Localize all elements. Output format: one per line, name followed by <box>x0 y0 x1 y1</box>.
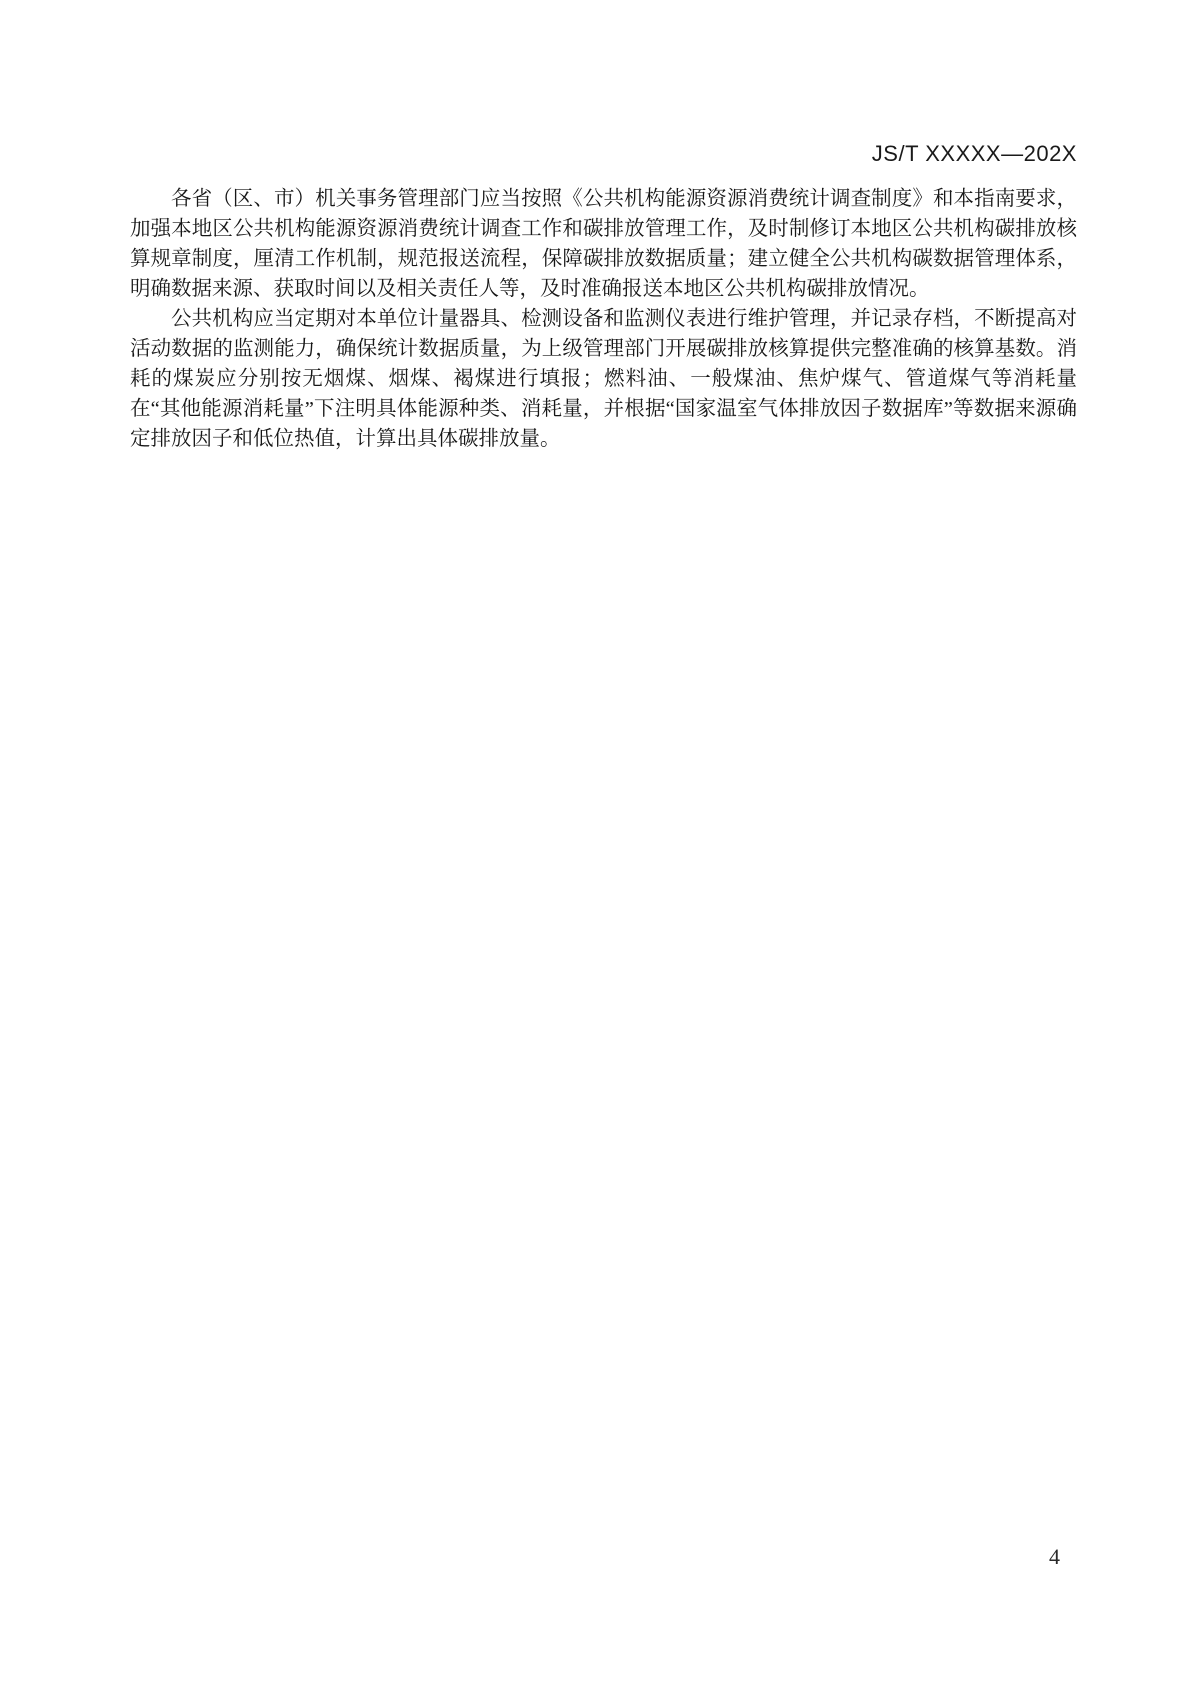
page-number: 4 <box>1049 1544 1060 1570</box>
document-page: JS/T XXXXX—202X 各省（区、市）机关事务管理部门应当按照《公共机构… <box>0 0 1190 1683</box>
document-body: 各省（区、市）机关事务管理部门应当按照《公共机构能源资源消费统计调查制度》和本指… <box>130 184 1077 454</box>
document-standard-code: JS/T XXXXX—202X <box>872 141 1077 167</box>
paragraph-institution-requirements: 公共机构应当定期对本单位计量器具、检测设备和监测仪表进行维护管理，并记录存档，不… <box>130 304 1077 454</box>
paragraph-provincial-requirements: 各省（区、市）机关事务管理部门应当按照《公共机构能源资源消费统计调查制度》和本指… <box>130 184 1077 304</box>
